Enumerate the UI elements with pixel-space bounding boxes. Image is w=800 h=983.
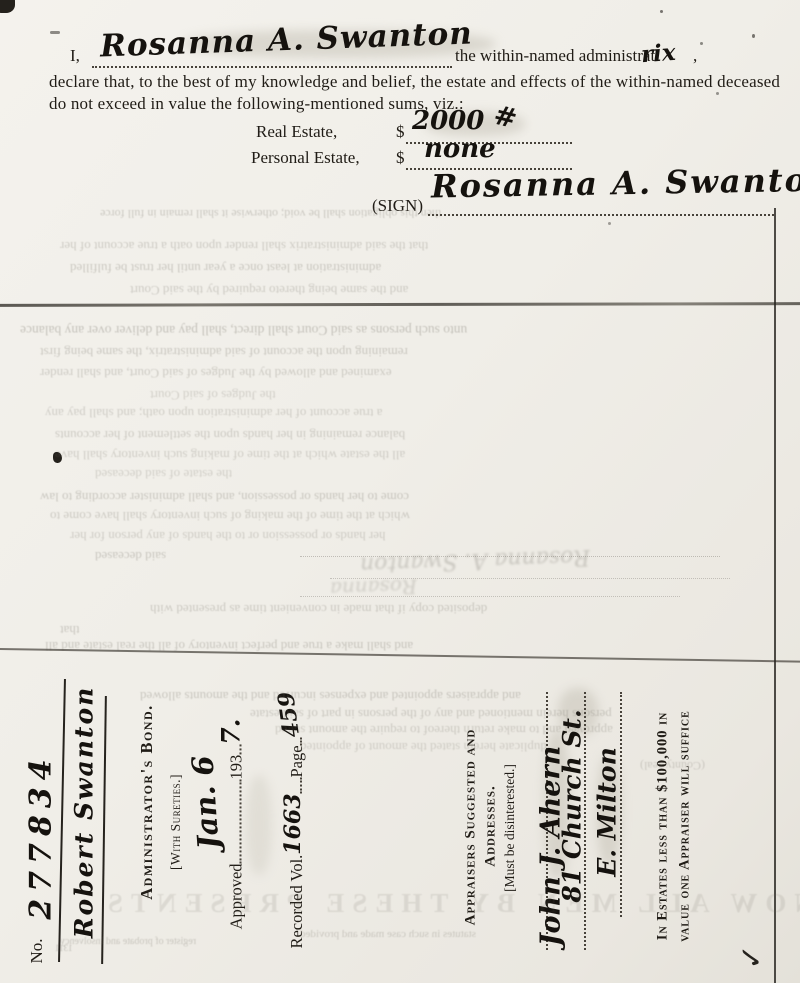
showthrough-line: which at the time of the making of such … [50, 508, 410, 524]
showthrough-line: and appraisers appointed and expenses in… [140, 688, 521, 704]
showthrough-line: all the estate which at the time of maki… [55, 447, 405, 463]
real-estate-currency: $ [396, 122, 405, 142]
personal-estate-currency: $ [396, 148, 405, 168]
endorsement-rule [58, 679, 66, 962]
approved-year-fill [225, 745, 242, 755]
page-edge-line [774, 208, 776, 983]
speck [716, 92, 719, 95]
showthrough-line: and the same being thereto required by t… [130, 282, 408, 298]
declaration-pronoun: I, [70, 46, 80, 66]
showthrough-line: register of probate and insolvency [60, 936, 196, 947]
bond-subtitle: [With Sureties.] [168, 774, 184, 870]
showthrough-heading: KNOW ALL MEN BY THESE PRESENTS [100, 888, 800, 919]
scanned-document-page: I, Rosanna A. Swanton the within-named a… [0, 0, 800, 983]
signature-handwritten: Rosanna A. Swanton [431, 160, 800, 205]
showthrough-line: duplicate herein stated the amount of ap… [300, 739, 547, 755]
showthrough-line: statutes in such case made and provided [300, 928, 476, 940]
role-suffix-handwritten: rix [640, 39, 676, 68]
administratrix-name-handwritten: Rosanna A. Swanton [99, 16, 473, 65]
showthrough-line: the estate of said deceased [95, 466, 232, 482]
speck [700, 42, 703, 45]
showthrough-line: that the said administratrix shall rende… [60, 238, 428, 254]
fold-crease [0, 302, 800, 307]
speck [752, 34, 755, 38]
showthrough-line: said deceased [95, 548, 166, 564]
approved-date-handwritten: Jan. 6 [185, 754, 225, 850]
showthrough-line: a true account of her administration upo… [45, 405, 383, 421]
decedent-name-handwritten: Robert Swanton [70, 686, 99, 939]
showthrough-line: come to her hands or possession, and sha… [40, 489, 409, 505]
showthrough-signature-echo: Rosanna A. Swanton [360, 544, 591, 577]
showthrough-line: balance remaining in her hands upon the … [55, 427, 405, 443]
name-fill-line [92, 66, 452, 68]
showthrough-line: the Judges of said Court [150, 387, 276, 403]
checkmark: ✓ [735, 944, 770, 969]
case-number-label: No. [27, 938, 47, 963]
case-number-handwritten: 277834 [24, 752, 59, 919]
showthrough-line: then this obligation shall be void; othe… [100, 206, 441, 221]
personal-estate-label: Personal Estate, [251, 148, 360, 168]
approved-year-printed: 193 [227, 755, 246, 780]
showthrough-line: unto such persons as said Court shall di… [20, 322, 467, 338]
showthrough-form-number: 1311 [55, 943, 73, 953]
signature-fill-line [428, 214, 774, 216]
showthrough-signature-echo: Rosanna [330, 574, 418, 601]
smudge [246, 775, 272, 875]
appraisers-note: [Must be disinterested.] [502, 764, 518, 892]
speck [50, 31, 60, 34]
declaration-comma: , [693, 46, 697, 66]
speck [608, 222, 611, 225]
personal-estate-value-handwritten: none [424, 134, 496, 164]
recorded-fill-line [286, 777, 303, 793]
declaration-after-name: the within-named administrat [455, 46, 655, 66]
appraiser-street-handwritten: 81 Church St. [558, 709, 587, 902]
appraiser-town-handwritten: E. Milton [593, 747, 622, 877]
bond-title: Administrator's Bond. [137, 704, 157, 900]
showthrough-line: administration at least once a year unti… [70, 260, 381, 276]
declaration-body-line2: declare that, to the best of my knowledg… [49, 72, 780, 92]
showthrough-line: remaining upon the account of said admin… [40, 344, 408, 360]
approved-year-digit-handwritten: 7. [217, 719, 246, 745]
declaration-body-line3: do not exceed in value the following-men… [49, 94, 464, 114]
recorded-volume-handwritten: 1663 [280, 793, 306, 854]
approved-fill-line [225, 779, 242, 863]
showthrough-line: persons herein mentioned and any of the … [250, 706, 612, 722]
ink-blot [0, 0, 15, 13]
showthrough-line: her hands or possession or to the hands … [70, 528, 386, 544]
showthrough-line: deposited copy if that made in convenien… [150, 601, 487, 617]
speck [660, 10, 663, 13]
real-estate-label: Real Estate, [256, 122, 337, 142]
appraisers-title-line2: Addresses. [483, 785, 500, 866]
showthrough-line: that [60, 622, 80, 638]
showthrough-line: approved and to make return thereof to r… [275, 722, 613, 738]
showthrough-line: (County seal) [640, 758, 705, 773]
showthrough-line: examined and allowed by the Judges of sa… [40, 365, 392, 381]
real-estate-value-handwritten: 2000 [412, 106, 484, 136]
endorsement-rule [101, 696, 107, 964]
